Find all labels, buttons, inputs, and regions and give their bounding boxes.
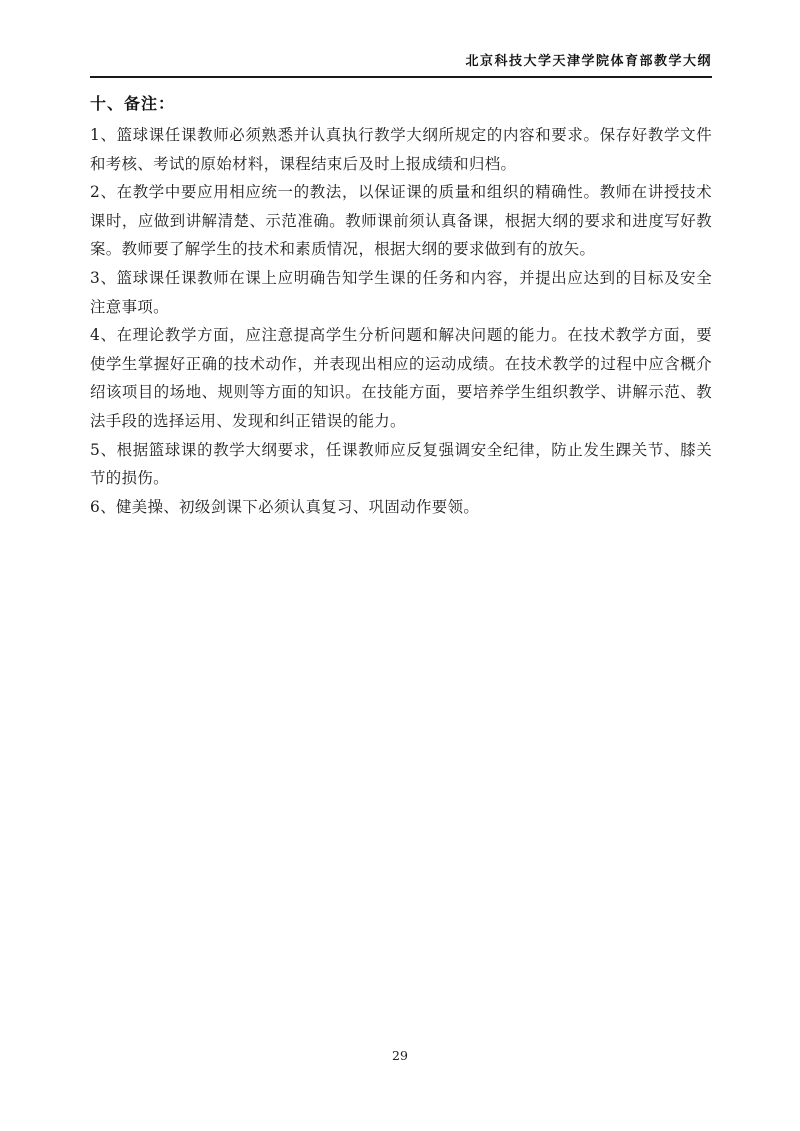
paragraph-3: 3、篮球课任课教师在课上应明确告知学生课的任务和内容，并提出应达到的目标及安全注… (90, 264, 712, 321)
paragraph-1: 1、篮球课任课教师必须熟悉并认真执行教学大纲所规定的内容和要求。保存好教学文件和… (90, 121, 712, 178)
paragraph-5: 5、根据篮球课的教学大纲要求，任课教师应反复强调安全纪律，防止发生踝关节、膝关节… (90, 436, 712, 493)
document-page: 北京科技大学天津学院体育部教学大纲 十、备注： 1、篮球课任课教师必须熟悉并认真… (0, 0, 800, 1131)
section-title: 十、备注： (90, 91, 712, 114)
page-content: 北京科技大学天津学院体育部教学大纲 十、备注： 1、篮球课任课教师必须熟悉并认真… (90, 50, 712, 521)
page-number: 29 (0, 1048, 800, 1063)
body-text: 1、篮球课任课教师必须熟悉并认真执行教学大纲所规定的内容和要求。保存好教学文件和… (90, 121, 712, 521)
running-header: 北京科技大学天津学院体育部教学大纲 (90, 50, 712, 78)
paragraph-2: 2、在教学中要应用相应统一的教法，以保证课的质量和组织的精确性。教师在讲授技术课… (90, 178, 712, 264)
paragraph-6: 6、健美操、初级剑课下必须认真复习、巩固动作要领。 (90, 493, 712, 522)
paragraph-4: 4、在理论教学方面，应注意提高学生分析问题和解决问题的能力。在技术教学方面，要使… (90, 321, 712, 435)
